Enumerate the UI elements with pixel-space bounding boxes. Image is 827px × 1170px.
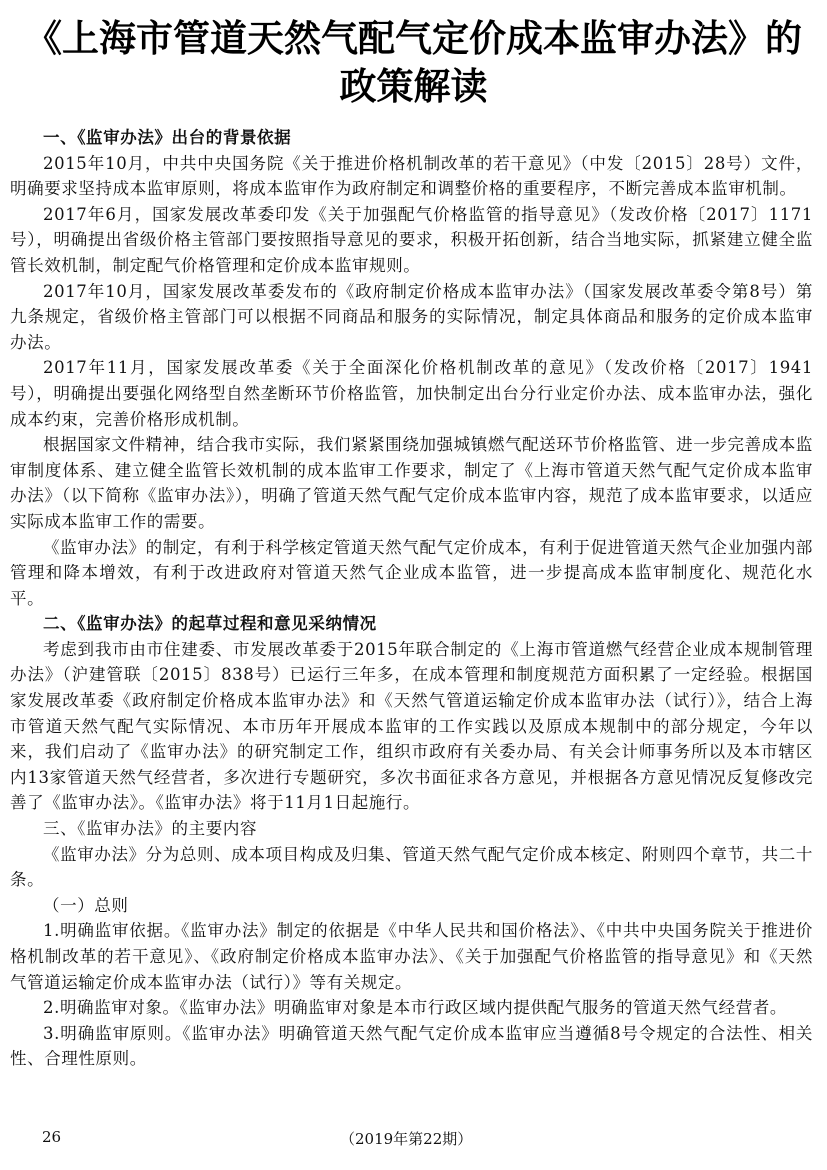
paragraph: 2015年10月，中共中央国务院《关于推进价格机制改革的若干意见》（中发〔201…: [10, 151, 813, 202]
paragraph: 2017年6月，国家发展改革委印发《关于加强配气价格监管的指导意见》（发改价格〔…: [10, 202, 813, 279]
section-heading-2: 二、《监审办法》的起草过程和意见采纳情况: [10, 611, 813, 637]
paragraph: 《监审办法》分为总则、成本项目构成及归集、管道天然气配气定价成本核定、附则四个章…: [10, 842, 813, 893]
section-heading-3: 三、《监审办法》的主要内容: [10, 816, 813, 842]
paragraph: 《监审办法》的制定，有利于科学核定管道天然气配气定价成本，有利于促进管道天然气企…: [10, 535, 813, 612]
paragraph: 根据国家文件精神，结合我市实际，我们紧紧围绕加强城镇燃气配送环节价格监管、进一步…: [10, 432, 813, 534]
title-line-2: 政策解读: [0, 62, 827, 110]
paragraph: 2017年10月，国家发展改革委发布的《政府制定价格成本监审办法》（国家发展改革…: [10, 279, 813, 356]
paragraph: 1.明确监审依据。《监审办法》制定的依据是《中华人民共和国价格法》、《中共中央国…: [10, 918, 813, 995]
subsection-heading: （一）总则: [10, 893, 813, 919]
paragraph: 考虑到我市由市住建委、市发展改革委于2015年联合制定的《上海市管道燃气经营企业…: [10, 637, 813, 816]
document-title: 《上海市管道天然气配气定价成本监审办法》的 政策解读: [0, 14, 827, 110]
paragraph: 2017年11月，国家发展改革委《关于全面深化价格机制改革的意见》（发改价格〔2…: [10, 355, 813, 432]
paragraph: 2.明确监审对象。《监审办法》明确监审对象是本市行政区域内提供配气服务的管道天然…: [10, 995, 813, 1021]
issue-label: （2019年第22期）: [340, 1128, 472, 1149]
page-footer: 26 （2019年第22期）: [0, 1128, 827, 1150]
paragraph: 3.明确监审原则。《监审办法》明确管道天然气配气定价成本监审应当遵循8号令规定的…: [10, 1021, 813, 1072]
section-heading-1: 一、《监审办法》出台的背景依据: [10, 125, 813, 151]
page-number: 26: [42, 1128, 61, 1146]
document-body: 一、《监审办法》出台的背景依据 2015年10月，中共中央国务院《关于推进价格机…: [10, 125, 813, 1072]
title-line-1: 《上海市管道天然气配气定价成本监审办法》的: [0, 14, 827, 62]
